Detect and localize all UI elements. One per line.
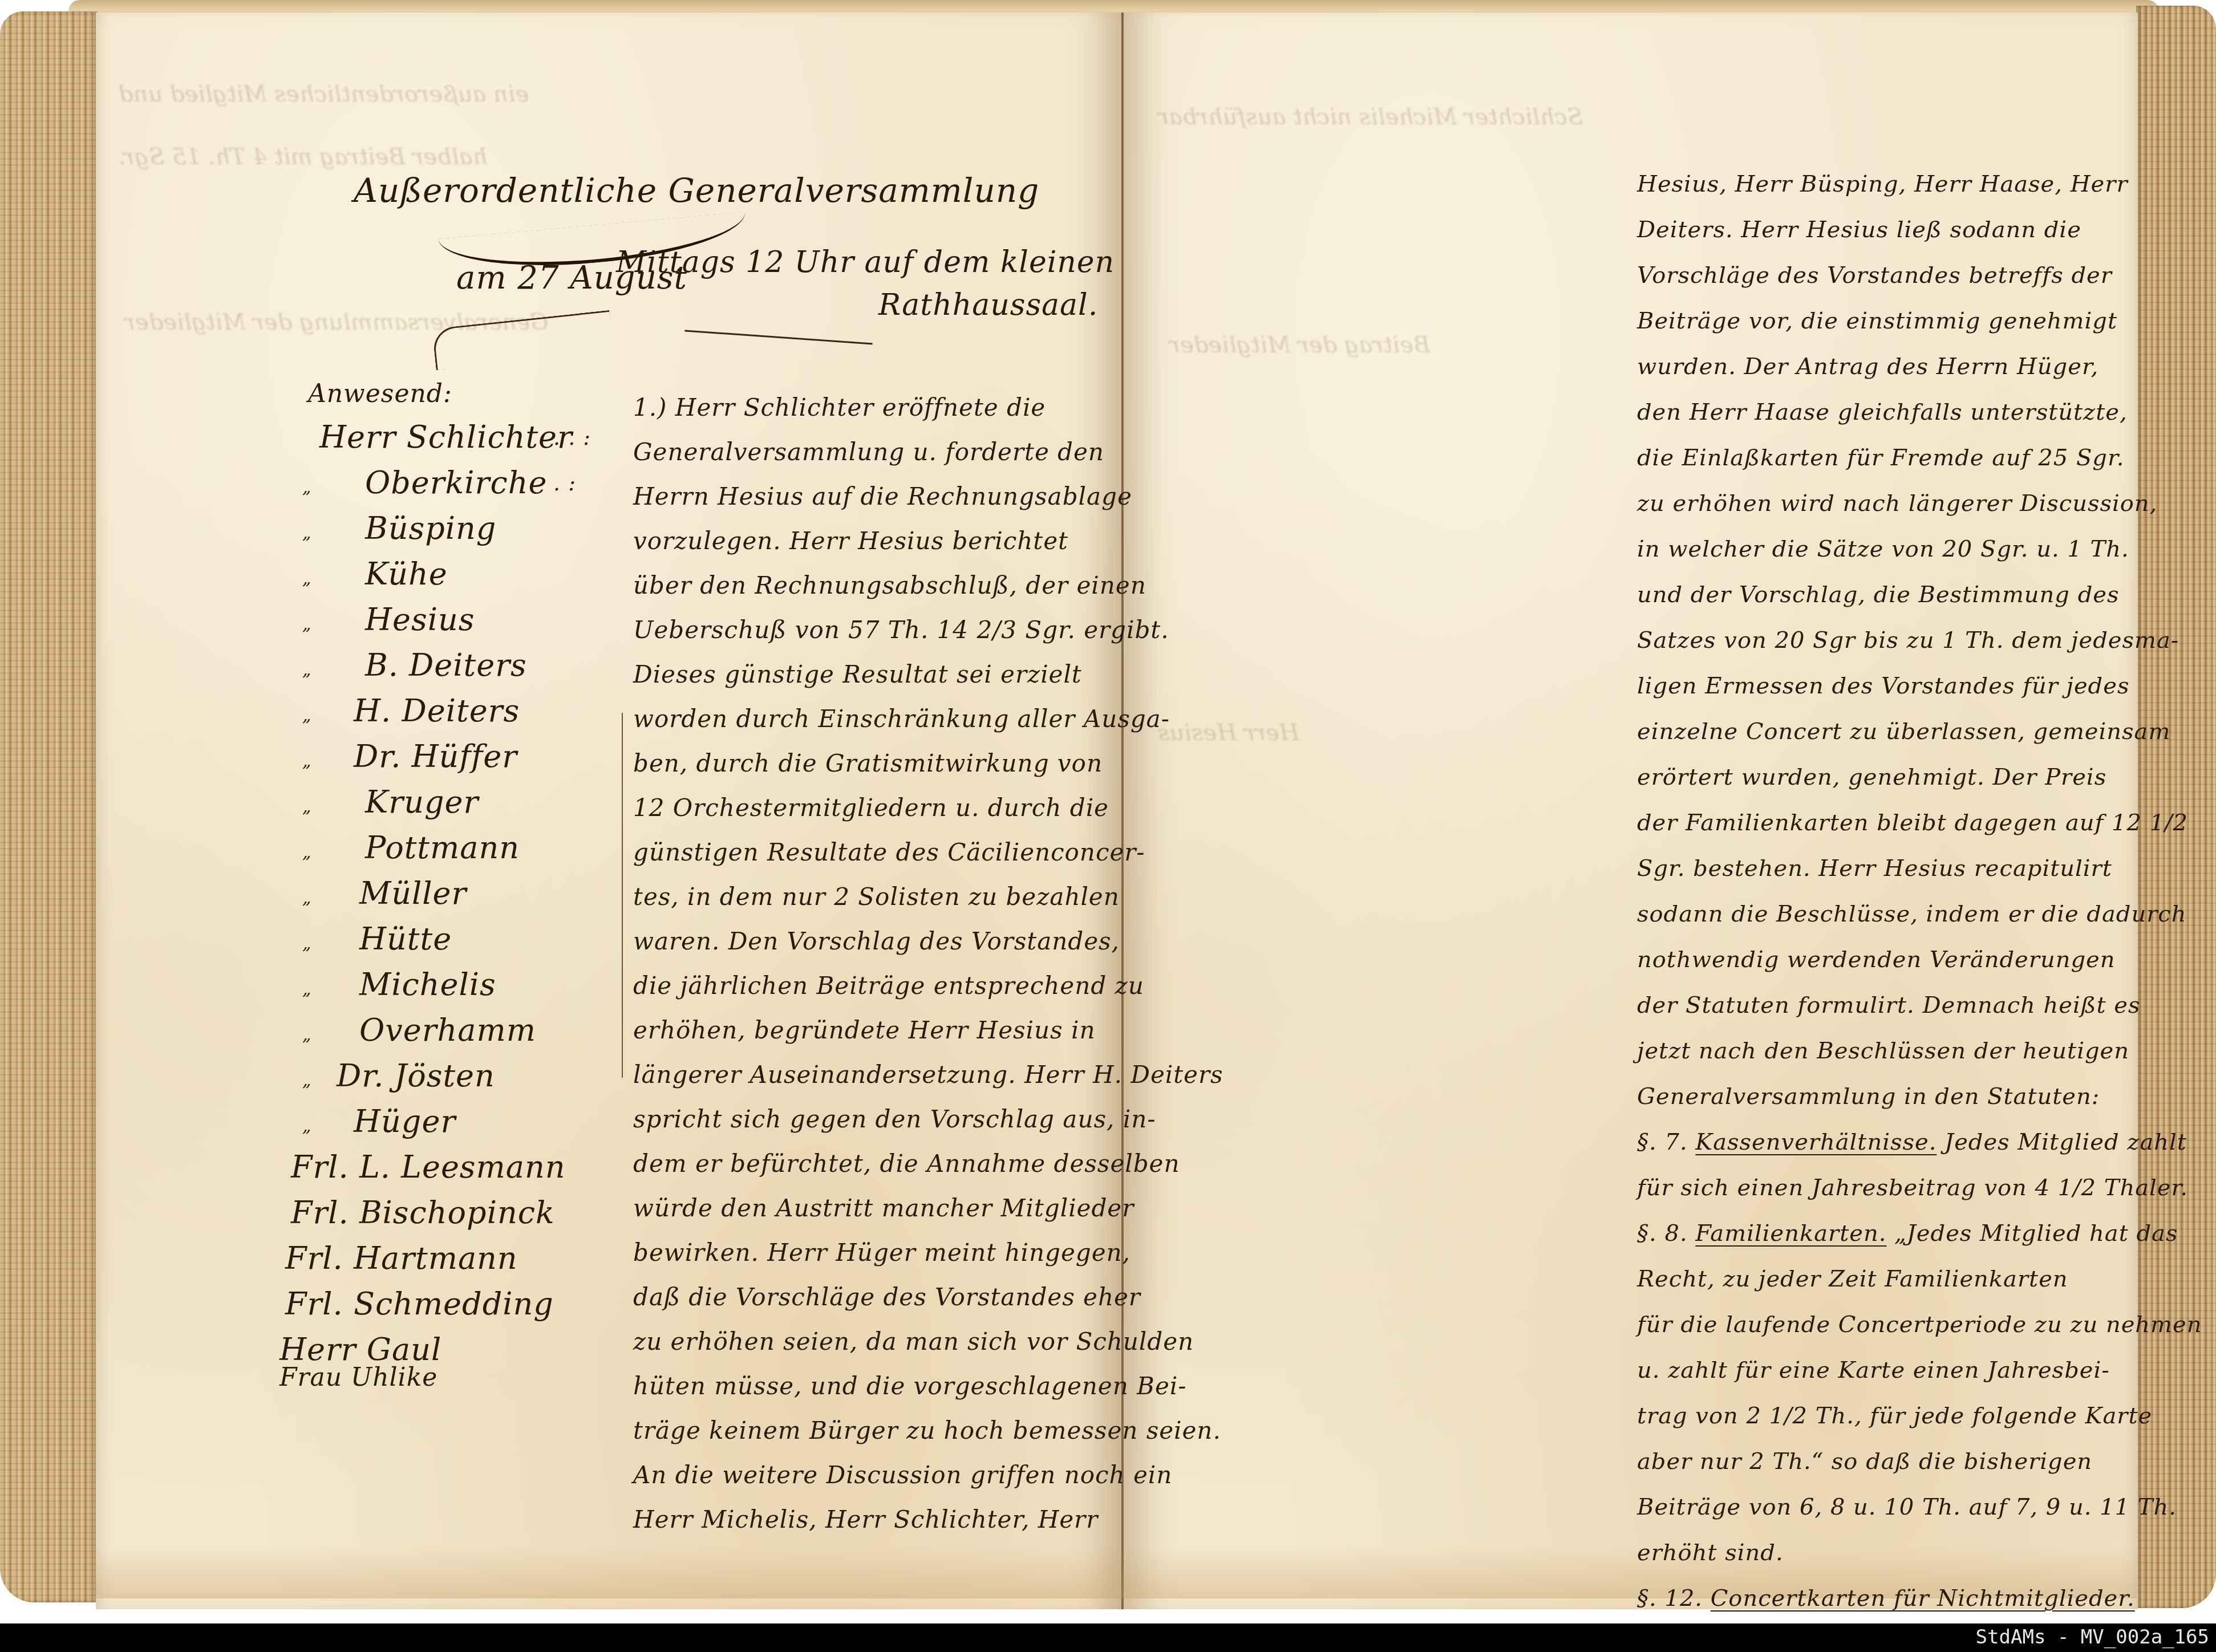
text-line: erhöht sind.	[1637, 1540, 2105, 1585]
text-line: die Einlaßkarten für Fremde auf 25 Sgr.	[1637, 445, 2105, 490]
bleed-through-text: halber Beitrag mit 4 Th. 15 Sgr.	[119, 144, 487, 170]
right-page-text: Hesius, Herr Büsping, Herr Haase, Herr D…	[1637, 171, 2105, 1631]
text-line: würde den Austritt mancher Mitglieder	[633, 1194, 1078, 1239]
text-line: tes, in dem nur 2 Solisten zu bezahlen	[633, 883, 1078, 927]
right-page-edges	[2136, 6, 2216, 1608]
text-line: sodann die Beschlüsse, indem er die dadu…	[1637, 901, 2105, 947]
text-line: für die laufende Concertperiode zu zu ne…	[1637, 1312, 2105, 1357]
text-line: zu erhöhen wird nach längerer Discussion…	[1637, 490, 2105, 536]
text-line: Generalversammlung u. forderte den	[633, 438, 1078, 482]
text-line: vorzulegen. Herr Hesius berichtet	[633, 527, 1078, 571]
text-line: für sich einen Jahresbeitrag von 4 1/2 T…	[1637, 1175, 2105, 1220]
text-line: wurden. Der Antrag des Herrn Hüger,	[1637, 354, 2105, 399]
text-line: zu erhöhen seien, da man sich vor Schuld…	[633, 1328, 1078, 1372]
text-line: An die weitere Discussion griffen noch e…	[633, 1461, 1078, 1505]
text-line: 1.) Herr Schlichter eröffnete die	[633, 393, 1078, 438]
text-line: in welcher die Sätze von 20 Sgr. u. 1 Th…	[1637, 536, 2105, 582]
agenda-item-1: 1.) Herr Schlichter eröffnete die Genera…	[633, 393, 1078, 1550]
meeting-place: Rathhaussaal.	[878, 288, 1098, 322]
bleed-through-text: Herr Hesius	[1158, 720, 1299, 746]
text-line: nothwendig werdenden Veränderungen	[1637, 947, 2105, 992]
minutes-title: Außerordentliche Generalversammlung	[354, 171, 1039, 210]
text-line: Herrn Hesius auf die Rechnungsablage	[633, 482, 1078, 527]
text-line: die jährlichen Beiträge entsprechend zu	[633, 972, 1078, 1016]
text-line: Beiträge vor, die einstimmig genehmigt	[1637, 308, 2105, 354]
text-line: bewirken. Herr Hüger meint hingegen,	[633, 1239, 1078, 1283]
text-line: Dieses günstige Resultat sei erzielt	[633, 660, 1078, 705]
text-line: über den Rechnungsabschluß, der einen	[633, 571, 1078, 616]
bleed-through-text: ein außerordentliches Mitglied und	[119, 81, 529, 107]
text-line: und der Vorschlag, die Bestimmung des	[1637, 582, 2105, 627]
archive-signature: StdAMs - MV_002a_165	[1976, 1626, 2209, 1649]
book-spread: ein außerordentliches Mitglied und halbe…	[0, 0, 2216, 1625]
bleed-through-text: Beitrag der Mitglieder	[1169, 332, 1430, 358]
text-line: Beiträge von 6, 8 u. 10 Th. auf 7, 9 u. …	[1637, 1494, 2105, 1540]
text-line: daß die Vorschläge des Vorstandes eher	[633, 1283, 1078, 1328]
text-line: ligen Ermessen des Vorstandes für jedes	[1637, 673, 2105, 719]
text-line: den Herr Haase gleichfalls unterstützte,	[1637, 399, 2105, 445]
meeting-time: Mittags 12 Uhr auf dem kleinen	[616, 245, 1115, 279]
text-line: waren. Den Vorschlag des Vorstandes,	[633, 927, 1078, 972]
text-line: 12 Orchestermitgliedern u. durch die	[633, 794, 1078, 838]
text-line: erhöhen, begründete Herr Hesius in	[633, 1016, 1078, 1061]
text-line: Herr Michelis, Herr Schlichter, Herr	[633, 1505, 1078, 1550]
text-line: spricht sich gegen den Vorschlag aus, in…	[633, 1105, 1078, 1150]
text-line: u. zahlt für eine Karte einen Jahresbei-	[1637, 1357, 2105, 1403]
text-line: der Statuten formulirt. Demnach heißt es	[1637, 992, 2105, 1038]
text-line: Generalversammlung in den Statuten:	[1637, 1083, 2105, 1129]
text-line: Satzes von 20 Sgr bis zu 1 Th. dem jedes…	[1637, 627, 2105, 673]
text-line: dem er befürchtet, die Annahme desselben	[633, 1150, 1078, 1194]
text-line: Recht, zu jeder Zeit Familienkarten	[1637, 1266, 2105, 1312]
statute-paragraph-8: §. 8. Familienkarten. „Jedes Mitglied ha…	[1637, 1220, 2105, 1266]
text-line: günstigen Resultate des Cäcilienconcer-	[633, 838, 1078, 883]
text-line: der Familienkarten bleibt dagegen auf 12…	[1637, 810, 2105, 855]
text-line: erörtert wurden, genehmigt. Der Preis	[1637, 764, 2105, 810]
attendees-heading: Anwesend:	[308, 379, 452, 408]
text-line: träge keinem Bürger zu hoch bemessen sei…	[633, 1416, 1078, 1461]
text-line: ben, durch die Gratismitwirkung von	[633, 749, 1078, 794]
text-line: jetzt nach den Beschlüssen der heutigen	[1637, 1038, 2105, 1083]
text-line: hüten müsse, und die vorgeschlagenen Bei…	[633, 1372, 1078, 1416]
text-line: Ueberschuß von 57 Th. 14 2/3 Sgr. ergibt…	[633, 616, 1078, 660]
text-line: aber nur 2 Th.“ so daß die bisherigen	[1637, 1448, 2105, 1494]
archive-caption-bar: StdAMs - MV_002a_165	[0, 1623, 2216, 1652]
text-line: Hesius, Herr Büsping, Herr Haase, Herr	[1637, 171, 2105, 217]
text-line: Deiters. Herr Hesius ließ sodann die	[1637, 217, 2105, 262]
bleed-through-text: Schlichter Michelis nicht ausführbar	[1158, 104, 1583, 130]
text-line: einzelne Concert zu überlassen, gemeinsa…	[1637, 719, 2105, 764]
text-line: Sgr. bestehen. Herr Hesius recapitulirt	[1637, 855, 2105, 901]
text-line: trag von 2 1/2 Th., für jede folgende Ka…	[1637, 1403, 2105, 1448]
text-line: worden durch Einschränkung aller Ausga-	[633, 705, 1078, 749]
margin-rule	[622, 713, 623, 1078]
text-line: längerer Auseinandersetzung. Herr H. Dei…	[633, 1061, 1078, 1105]
text-line: Vorschläge des Vorstandes betreffs der	[1637, 262, 2105, 308]
statute-paragraph-7: §. 7. Kassenverhältnisse. Jedes Mitglied…	[1637, 1129, 2105, 1175]
left-page-edges	[0, 11, 97, 1602]
